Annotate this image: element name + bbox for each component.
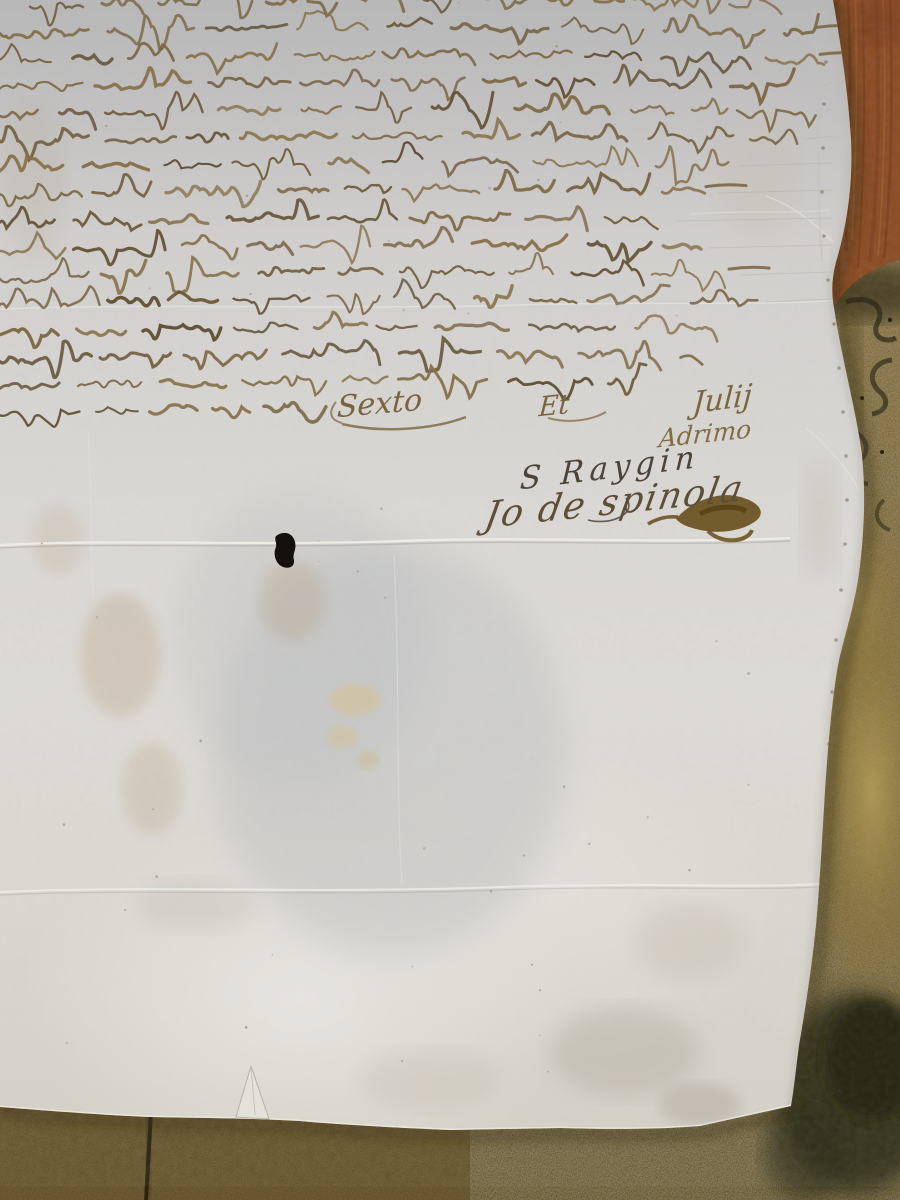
speck (124, 909, 126, 911)
script-stroke (706, 185, 746, 187)
speck (467, 312, 469, 314)
speck (152, 808, 154, 810)
speck (488, 187, 491, 190)
speck (615, 124, 616, 125)
speck (388, 240, 390, 242)
manuscript-photo: Sexto Et Julij Adrimo S Raygin Jo de spi… (0, 0, 900, 1200)
pricking-hole (845, 498, 849, 502)
speck (490, 890, 493, 893)
speck (63, 823, 66, 826)
speck (149, 287, 151, 289)
pricking-hole (822, 102, 826, 106)
speck (331, 136, 333, 138)
speck (523, 854, 525, 856)
speck (560, 122, 562, 124)
speck (531, 963, 533, 965)
speck (555, 45, 558, 48)
speck (318, 540, 319, 541)
speck (539, 989, 541, 991)
speck (588, 843, 590, 845)
speck (357, 570, 359, 572)
pricking-hole (821, 146, 825, 150)
ink-blot-hole (275, 533, 296, 568)
pricking-hole (830, 690, 834, 694)
speck (155, 875, 158, 878)
parchment (0, 0, 864, 1185)
pricking-hole (844, 454, 848, 458)
speck (747, 672, 750, 675)
speck (245, 1026, 248, 1029)
speck (199, 739, 202, 742)
pricking-hole (837, 366, 841, 370)
speck (401, 1060, 403, 1062)
pricking-hole (843, 542, 847, 546)
pricking-hole (824, 60, 828, 64)
speck (304, 290, 305, 291)
speck (41, 542, 43, 544)
speck (412, 966, 413, 967)
speck (537, 179, 539, 181)
speck (384, 597, 386, 599)
speck (688, 869, 690, 871)
speck (423, 847, 426, 850)
speck (249, 293, 251, 295)
script-stroke (729, 267, 769, 269)
pricking-hole (826, 278, 830, 282)
speck (676, 315, 677, 316)
speck (318, 561, 319, 562)
pricking-hole (820, 190, 824, 194)
gray-shadow-patch-2 (175, 495, 425, 785)
speck (196, 99, 198, 101)
speck (246, 194, 249, 197)
pricking-hole (834, 638, 838, 642)
speck (747, 784, 749, 786)
pricking-hole (822, 234, 826, 238)
speck (380, 507, 383, 510)
pricking-hole (832, 322, 836, 326)
speck (272, 954, 273, 955)
speck (539, 1035, 540, 1036)
speck (460, 224, 462, 226)
speck (66, 1042, 68, 1044)
speck (547, 1071, 549, 1073)
photo-scene (0, 0, 900, 1200)
speck (563, 785, 566, 788)
speck (96, 616, 98, 618)
speck (105, 125, 107, 127)
speck (715, 640, 717, 642)
speck (458, 2, 460, 4)
pricking-hole (841, 410, 845, 414)
speck (374, 108, 376, 110)
speck (647, 816, 649, 818)
pricking-hole (839, 588, 843, 592)
speck (403, 309, 406, 312)
